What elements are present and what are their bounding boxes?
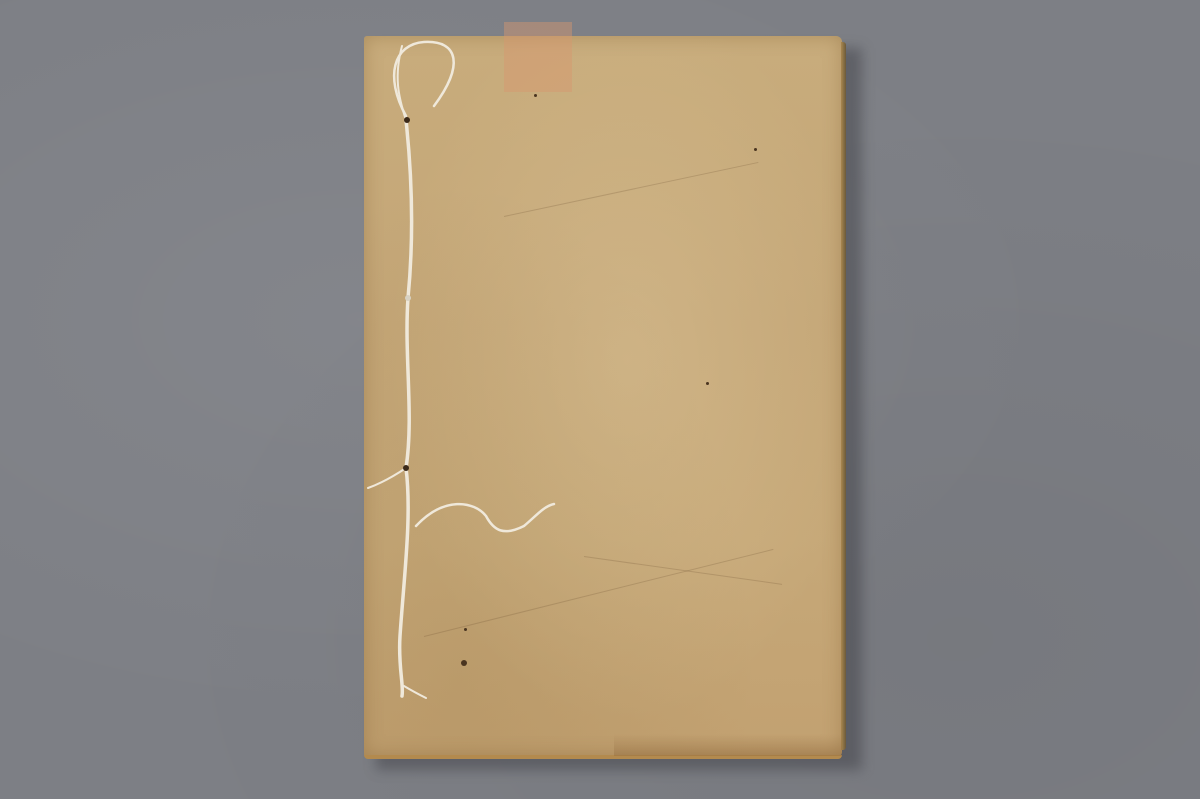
book-cover bbox=[364, 36, 842, 756]
binding-thread bbox=[364, 36, 842, 756]
